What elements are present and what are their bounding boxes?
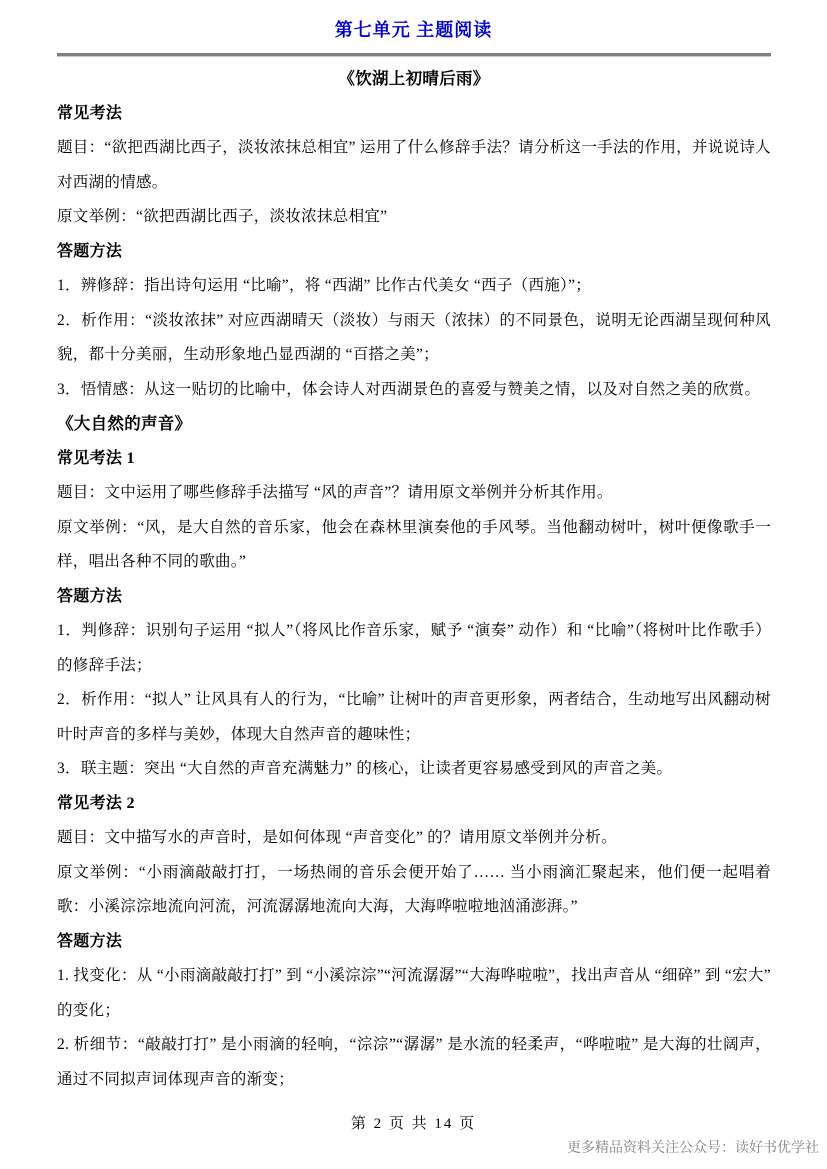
para-step-analyze-effect-1: 2．析作用：“淡妆浓抹” 对应西湖晴天（淡妆）与雨天（浓抹）的不同景色，说明无论… xyxy=(57,304,771,373)
unit-header-title: 第七单元 主题阅读 xyxy=(0,16,827,42)
para-example-wind-sound: 原文举例：“风，是大自然的音乐家，他会在森林里演奏他的手风琴。当他翻动树叶，树叶… xyxy=(57,511,771,580)
heading-answer-method-2: 答题方法 xyxy=(57,580,771,615)
heading-common-exam-2: 常见考法 1 xyxy=(57,442,771,477)
para-step-judge-rhetoric: 1．判修辞：识别句子运用 “拟人”（将风比作音乐家，赋予 “演奏” 动作）和 “… xyxy=(57,614,771,683)
document-page: 第七单元 主题阅读 《饮湖上初晴后雨》 常见考法 题目：“欲把西湖比西子，淡妆浓… xyxy=(0,0,827,1169)
para-step-analyze-detail: 2. 析细节：“敲敲打打” 是小雨滴的轻响，“淙淙”“潺潺” 是水流的轻柔声，“… xyxy=(57,1028,771,1097)
para-step-identify-rhetoric: 1．辨修辞：指出诗句运用 “比喻”，将 “西湖” 比作古代美女 “西子（西施）”… xyxy=(57,269,771,304)
heading-common-exam-1: 常见考法 xyxy=(57,97,771,132)
para-question-water-sound: 题目：文中描写水的声音时，是如何体现 “声音变化” 的？请用原文举例并分析。 xyxy=(57,821,771,856)
heading-common-exam-3: 常见考法 2 xyxy=(57,787,771,822)
para-step-analyze-effect-2: 2．析作用：“拟人” 让风具有人的行为，“比喻” 让树叶的声音更形象，两者结合，… xyxy=(57,683,771,752)
article-title-nature-sound: 《大自然的声音》 xyxy=(57,407,771,442)
page-number-footer: 第 2 页 共 14 页 xyxy=(0,1112,827,1133)
para-step-feel-emotion: 3．悟情感：从这一贴切的比喻中，体会诗人对西湖景色的喜爱与赞美之情，以及对自然之… xyxy=(57,373,771,408)
para-step-link-theme: 3．联主题：突出 “大自然的声音充满魅力” 的核心，让读者更容易感受到风的声音之… xyxy=(57,752,771,787)
document-body: 《饮湖上初晴后雨》 常见考法 题目：“欲把西湖比西子，淡妆浓抹总相宜” 运用了什… xyxy=(57,62,771,1097)
header-divider-line xyxy=(57,53,771,57)
article-title-yinhu: 《饮湖上初晴后雨》 xyxy=(57,62,771,97)
para-example-water-sound: 原文举例：“小雨滴敲敲打打，一场热闹的音乐会便开始了…… 当小雨滴汇聚起来，他们… xyxy=(57,856,771,925)
para-example-west-lake: 原文举例：“欲把西湖比西子，淡妆浓抹总相宜” xyxy=(57,200,771,235)
para-step-find-change: 1. 找变化：从 “小雨滴敲敲打打” 到 “小溪淙淙”“河流潺潺”“大海哗啦啦”… xyxy=(57,959,771,1028)
watermark-public-account: 更多精品资料关注公众号：读好书优学社 xyxy=(567,1137,819,1157)
heading-answer-method-3: 答题方法 xyxy=(57,925,771,960)
para-question-wind-sound: 题目：文中运用了哪些修辞手法描写 “风的声音”？请用原文举例并分析其作用。 xyxy=(57,476,771,511)
heading-answer-method-1: 答题方法 xyxy=(57,235,771,270)
para-question-west-lake: 题目：“欲把西湖比西子，淡妆浓抹总相宜” 运用了什么修辞手法？请分析这一手法的作… xyxy=(57,131,771,200)
